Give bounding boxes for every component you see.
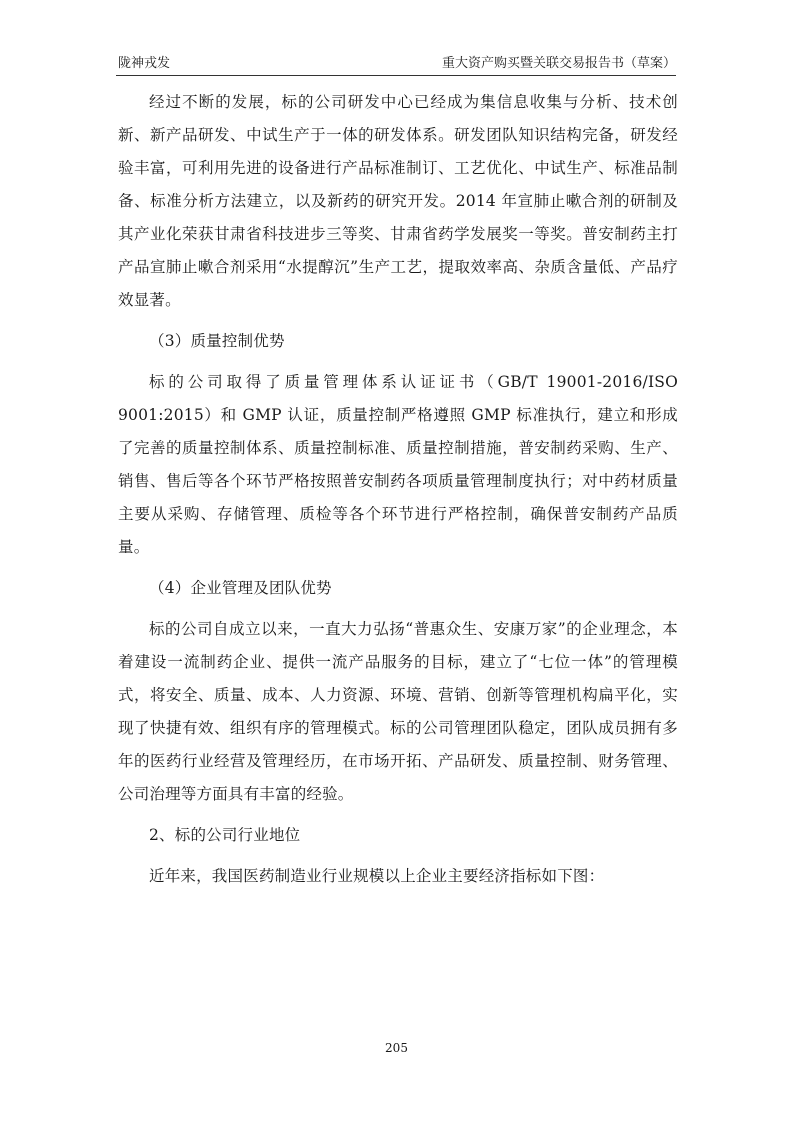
subheading-management-team: （4）企业管理及团队优势: [118, 572, 678, 605]
paragraph-rnd: 经过不断的发展，标的公司研发中心已经成为集信息收集与分析、技术创新、新产品研发、…: [118, 86, 678, 317]
header-company-name: 陇神戎发: [118, 56, 170, 72]
subheading-quality-control: （3）质量控制优势: [118, 325, 678, 358]
page-body: 经过不断的发展，标的公司研发中心已经成为集信息收集与分析、技术创新、新产品研发、…: [118, 86, 678, 901]
paragraph-quality-control: 标的公司取得了质量管理体系认证证书（GB/T 19001-2016/ISO 90…: [118, 366, 678, 564]
page-footer: 205: [0, 1041, 793, 1055]
page-header: 陇神戎发 重大资产购买暨关联交易报告书（草案）: [116, 56, 676, 76]
header-document-title: 重大资产购买暨关联交易报告书（草案）: [442, 56, 676, 72]
page-number: 205: [385, 1041, 408, 1055]
paragraph-management-team: 标的公司自成立以来，一直大力弘扬“普惠众生、安康万家”的企业理念，本着建设一流制…: [118, 613, 678, 811]
paragraph-industry-intro: 近年来，我国医药制造业行业规模以上企业主要经济指标如下图：: [118, 860, 678, 893]
section-heading-industry-position: 2、标的公司行业地位: [118, 819, 678, 852]
